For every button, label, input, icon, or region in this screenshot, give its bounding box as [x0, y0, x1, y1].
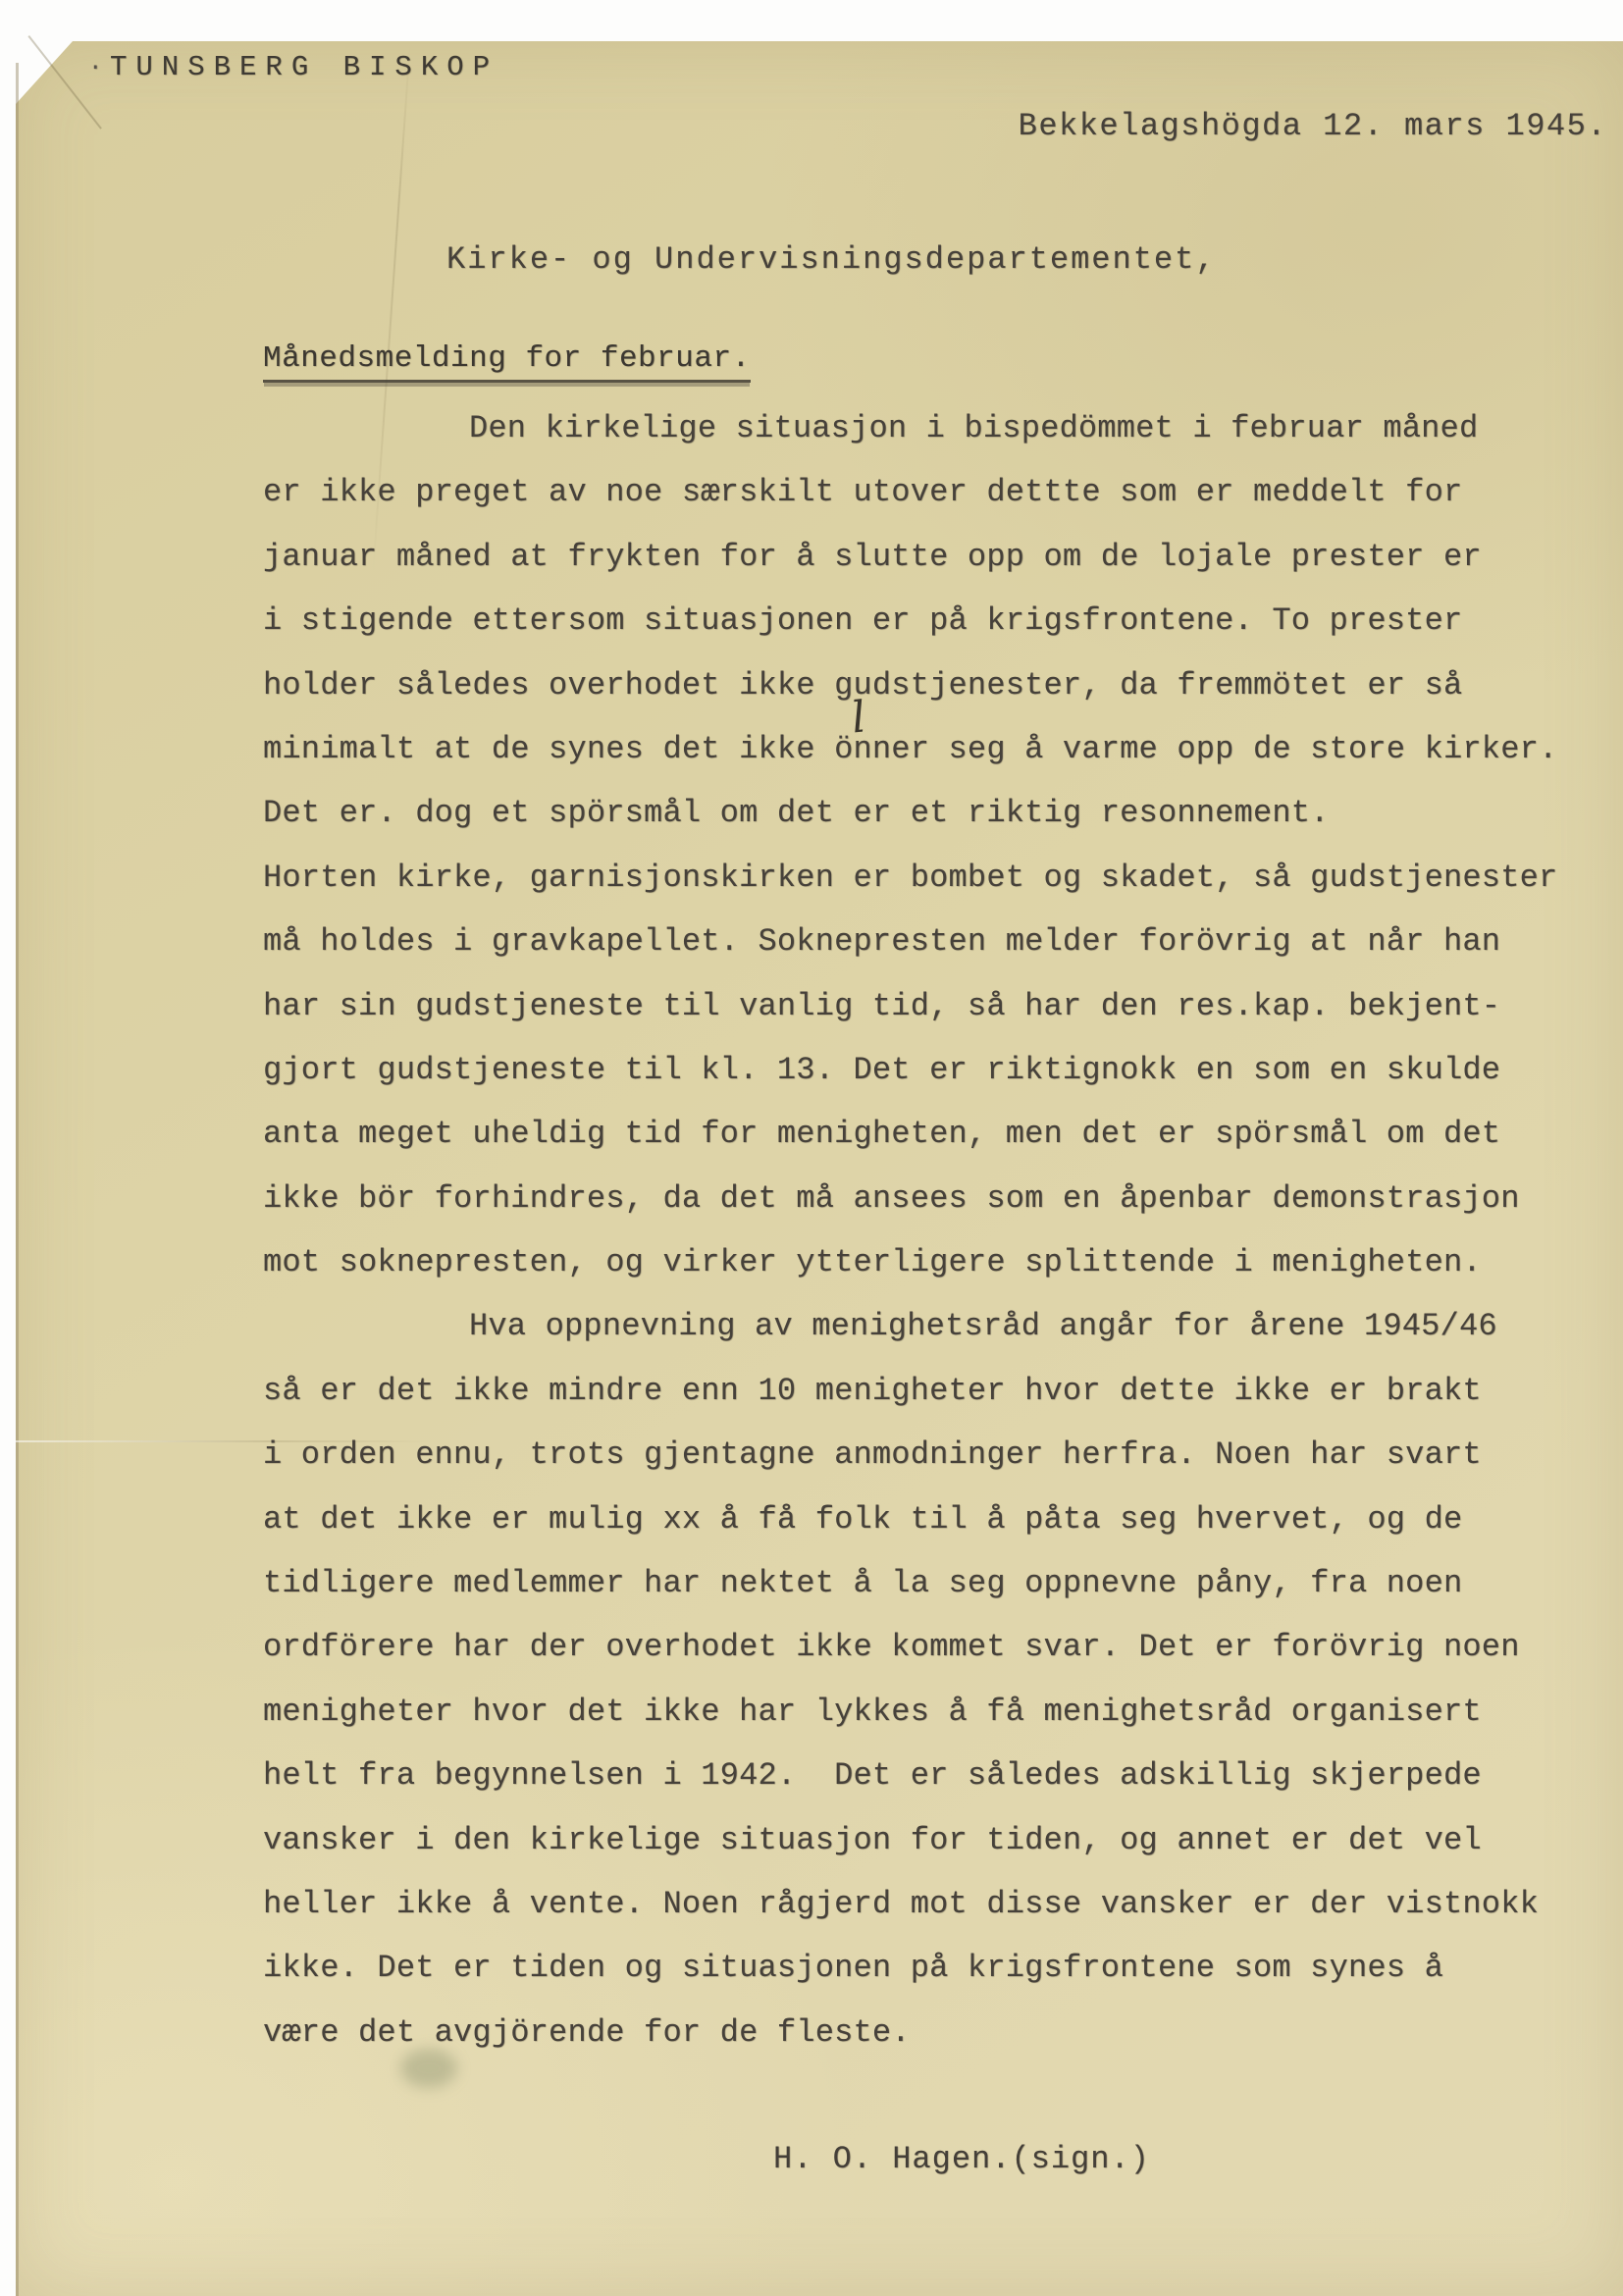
body-line: helt fra begynnelsen i 1942. Det er såle…	[263, 1744, 1623, 1807]
body-line: vansker i den kirkelige situasjon for ti…	[263, 1808, 1623, 1872]
body-line: er ikke preget av noe særskilt utover de…	[263, 460, 1623, 524]
body-line: heller ikke å vente. Noen rågjerd mot di…	[263, 1872, 1623, 1936]
body-line: ikke. Det er tiden og situasjonen på kri…	[263, 1936, 1623, 2000]
dateline: Bekkelagshögda 12. mars 1945.	[1019, 108, 1607, 144]
signature-line: H. O. Hagen.(sign.)	[773, 2141, 1150, 2177]
body-line: Den kirkelige situasjon i bispedömmet i …	[263, 396, 1623, 460]
body-line: være det avgjörende for de fleste.	[263, 2001, 1623, 2064]
body-line: Det er. dog et spörsmål om det er et rik…	[263, 781, 1623, 845]
body-line: i stigende ettersom situasjonen er på kr…	[263, 589, 1623, 652]
body-line: i orden ennu, trots gjentagne anmodninge…	[263, 1423, 1623, 1487]
body-line: januar måned at frykten for å slutte opp…	[263, 525, 1623, 589]
body-line: anta meget uheldig tid for menigheten, m…	[263, 1102, 1623, 1166]
subject-heading-text: Månedsmelding for februar.	[263, 341, 751, 383]
body-line: ikke bör forhindres, da det må ansees so…	[263, 1167, 1623, 1230]
body-line: ordförere har der overhodet ikke kommet …	[263, 1615, 1623, 1679]
body-line: så er det ikke mindre enn 10 menigheter …	[263, 1359, 1623, 1423]
body-line: tidligere medlemmer har nektet å la seg …	[263, 1551, 1623, 1615]
subject-heading: Månedsmelding for februar.	[263, 341, 751, 383]
body-line: at det ikke er mulig xx å få folk til å …	[263, 1487, 1623, 1551]
body-line: Horten kirke, garnisjonskirken er bombet…	[263, 846, 1623, 910]
body-line: holder således overhodet ikke gudstjenes…	[263, 653, 1623, 717]
body-line: menigheter hvor det ikke har lykkes å få…	[263, 1680, 1623, 1744]
body-line: Hva oppnevning av menighetsråd angår for…	[263, 1294, 1623, 1358]
paper-edge-shadow	[16, 63, 19, 2296]
body-line: må holdes i gravkapellet. Soknepresten m…	[263, 910, 1623, 973]
scanned-letter-page: { "document": { "letterhead_dot": "·", "…	[0, 0, 1623, 2296]
body-line: mot soknepresten, og virker ytterligere …	[263, 1230, 1623, 1294]
body-line: gjort gudstjeneste til kl. 13. Det er ri…	[263, 1038, 1623, 1102]
body-line: minimalt at de synes det ikke önner seg …	[263, 717, 1623, 781]
recipient-line: Kirke- og Undervisningsdepartementet,	[446, 241, 1217, 278]
letter-body: Den kirkelige situasjon i bispedömmet i …	[263, 396, 1623, 2064]
letterhead-dot: ·	[88, 55, 102, 81]
body-line: har sin gudstjeneste til vanlig tid, så …	[263, 974, 1623, 1038]
letterhead: TUNSBERG BISKOP	[110, 51, 498, 83]
